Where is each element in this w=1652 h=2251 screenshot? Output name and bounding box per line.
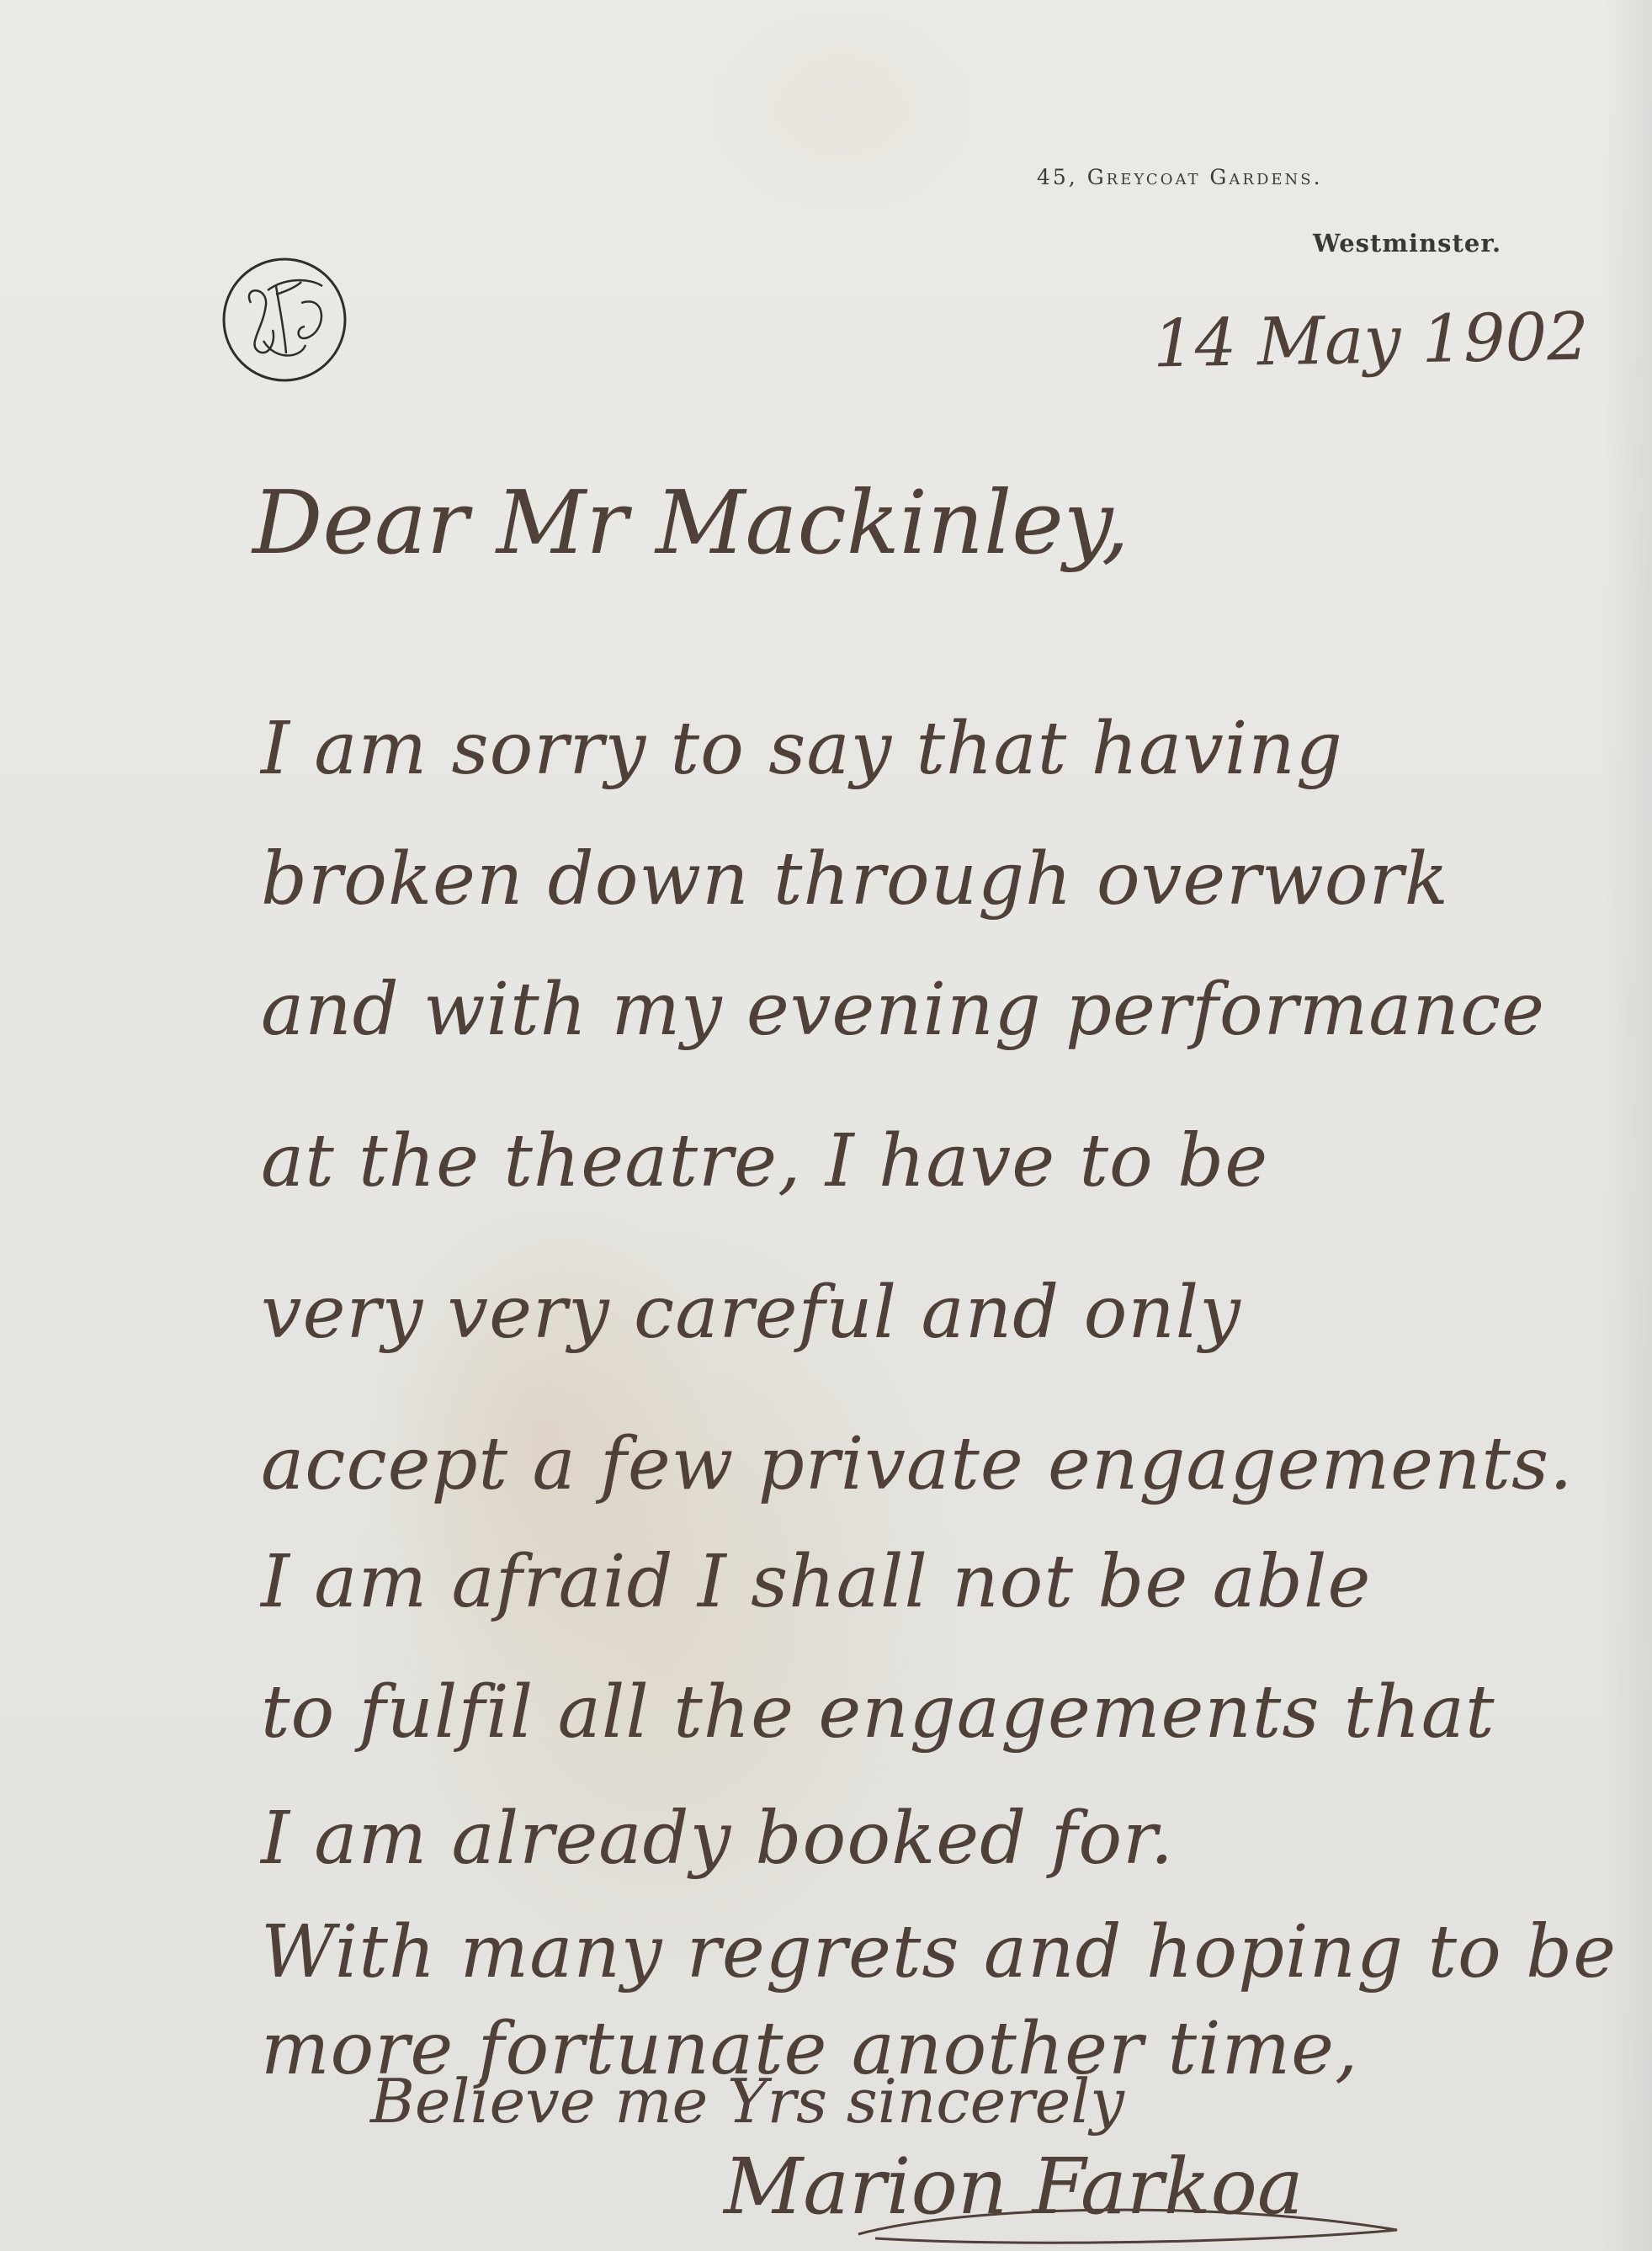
body-line: I am already booked for.	[261, 1797, 1174, 1881]
body-line: to fulfil all the engagements that	[261, 1670, 1495, 1755]
body-line: at the theatre, I have to be	[261, 1119, 1268, 1203]
closing: Believe me Yrs sincerely	[370, 2066, 1124, 2137]
letter-date: 14 May 1902	[1152, 299, 1589, 382]
body-line: I am sorry to say that having	[261, 707, 1343, 791]
body-line: and with my evening performance	[261, 968, 1545, 1052]
body-line: accept a few private engagements.	[261, 1422, 1573, 1506]
monogram-seal-icon	[217, 252, 352, 387]
signature-flourish-icon	[842, 2196, 1431, 2247]
body-line: broken down through overwork	[261, 837, 1449, 921]
letterhead-city: Westminster.	[1313, 229, 1501, 257]
body-line: very very careful and only	[261, 1271, 1241, 1355]
body-line: With many regrets and hoping to be	[261, 1910, 1617, 1994]
letterhead-address: 45, Greycoat Gardens.	[1037, 165, 1323, 189]
salutation: Dear Mr Mackinley,	[252, 471, 1129, 574]
body-line: I am afraid I shall not be able	[261, 1540, 1371, 1624]
